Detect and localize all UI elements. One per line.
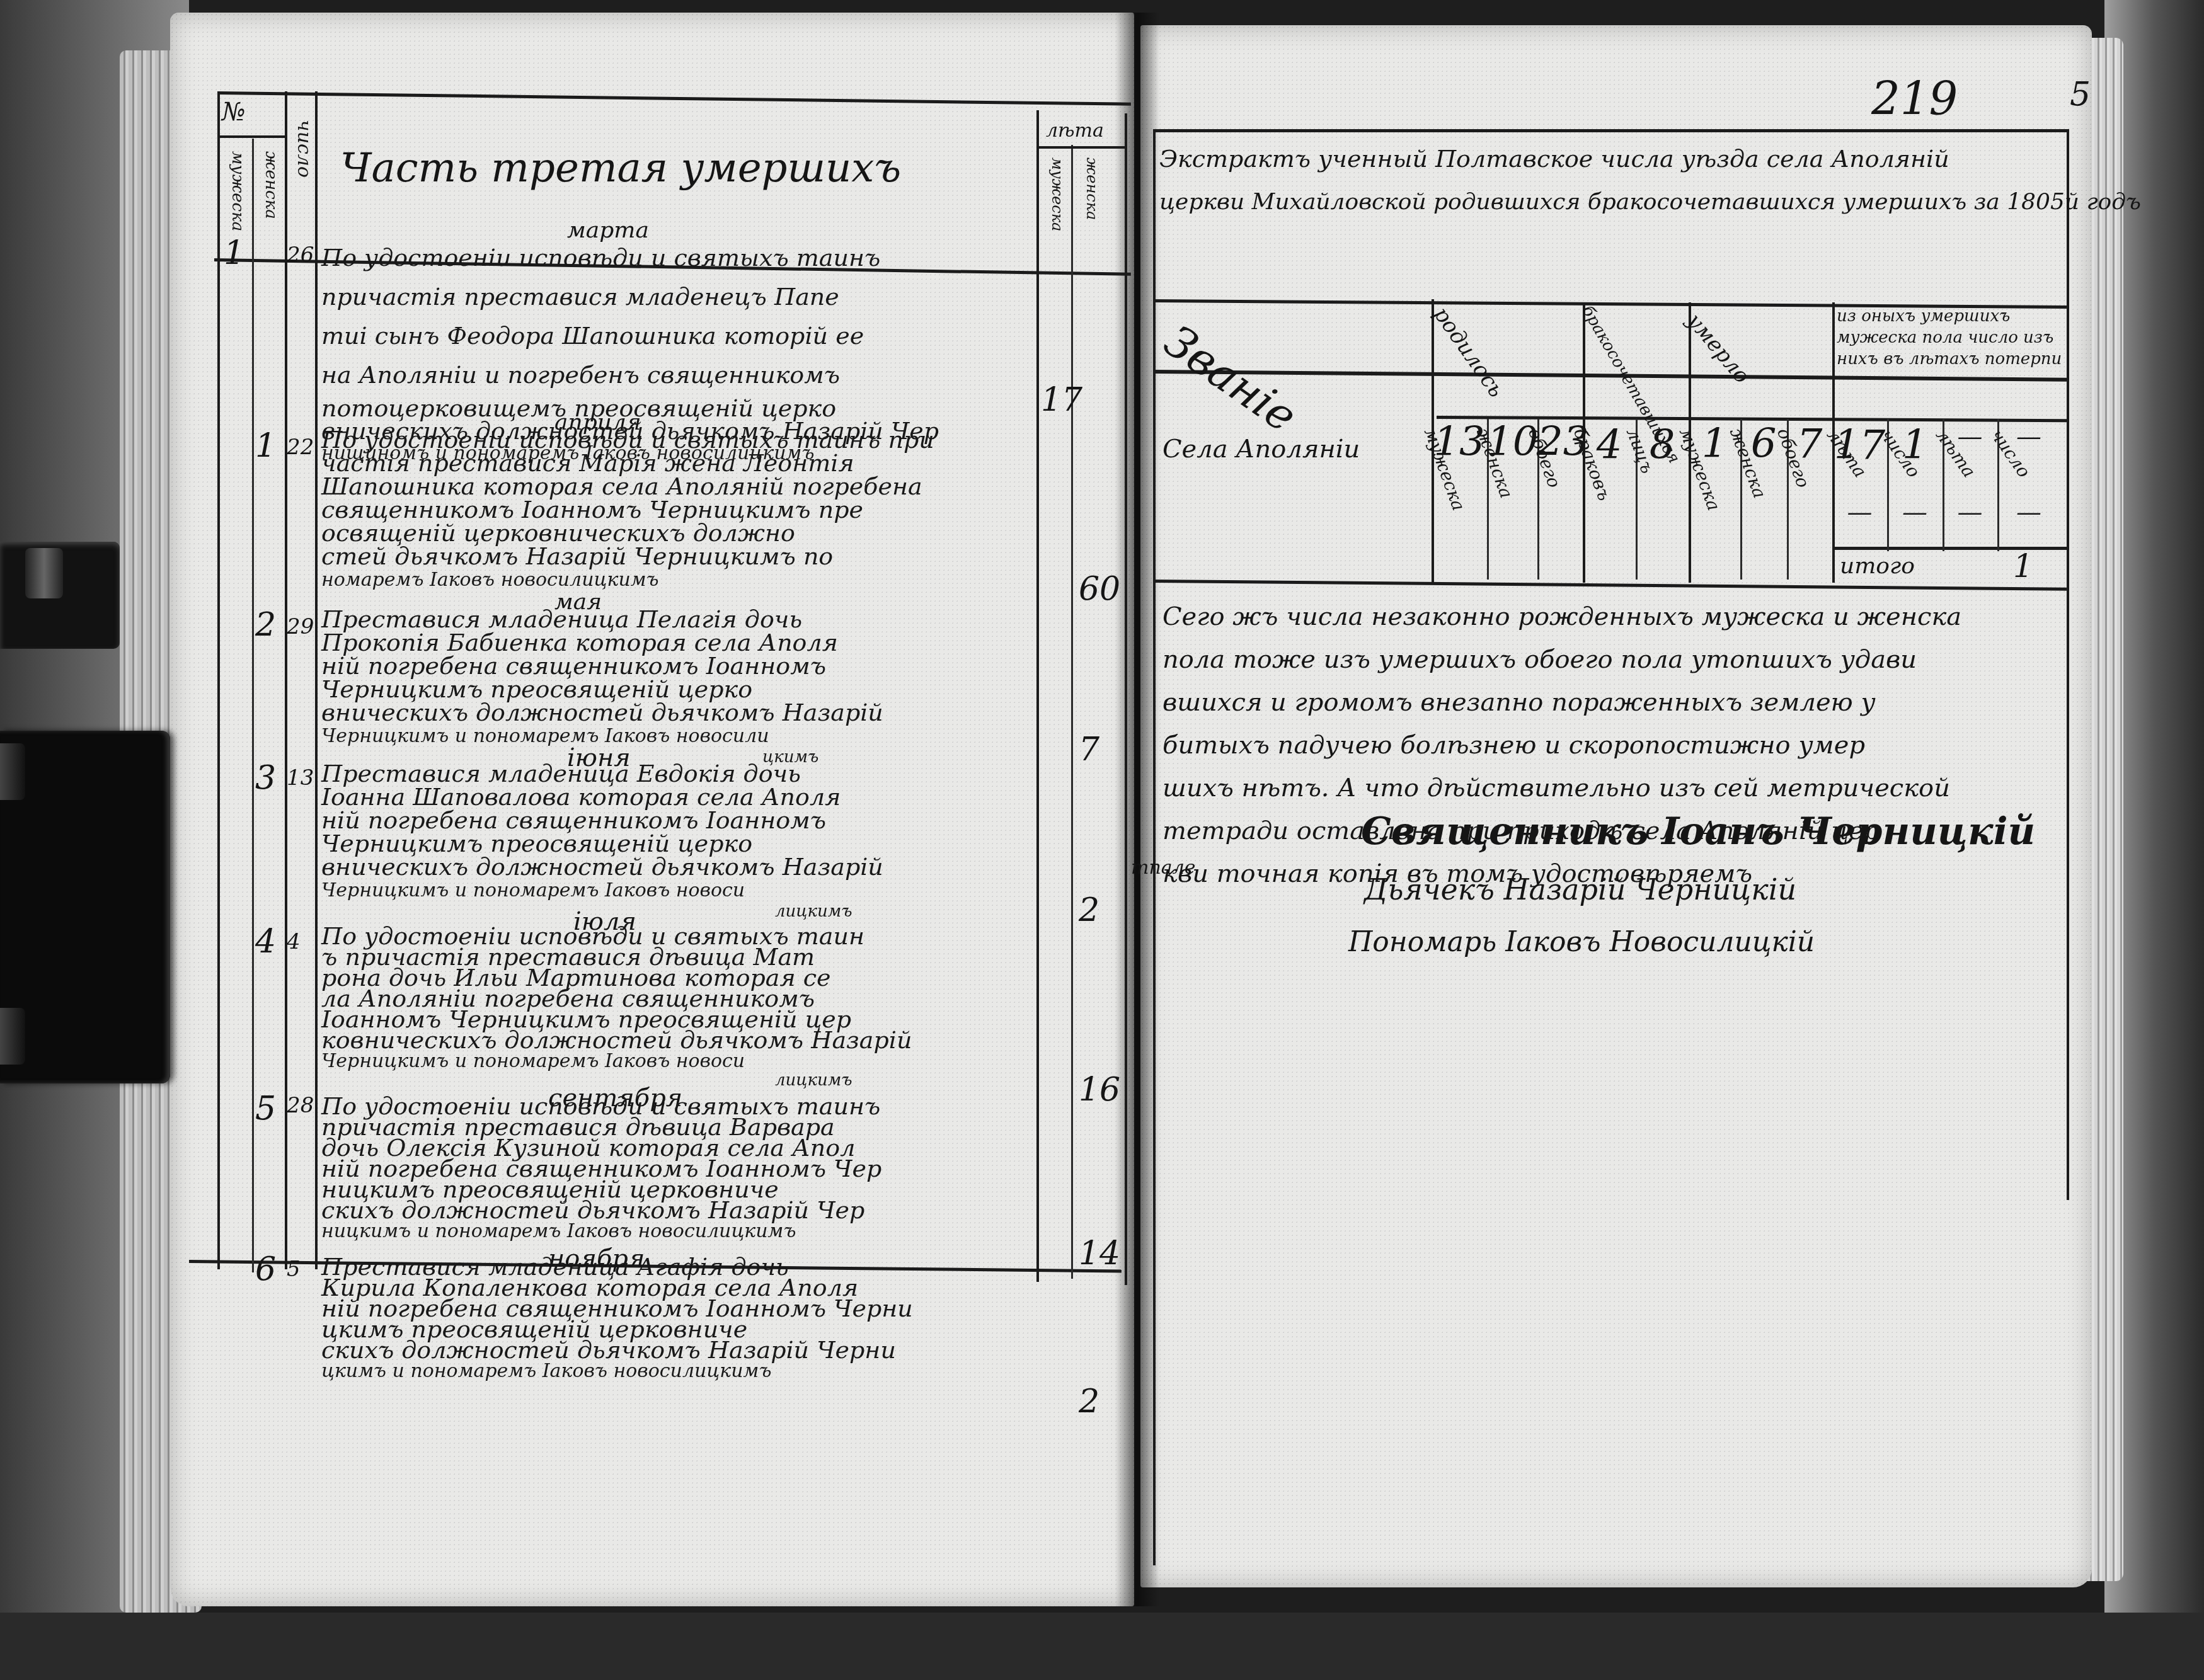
entry-female-number: 5 (255, 1090, 276, 1128)
rule-left-margin (1153, 129, 1156, 1565)
cell-years-2: — (1943, 422, 1997, 451)
margin-note: тпале (1131, 857, 1196, 879)
signature-sexton: Пономарь Іаковъ Новосилицкій (1348, 926, 1815, 958)
rule-col (315, 91, 318, 1269)
entry-female-number: 6 (255, 1250, 276, 1288)
entry-age-female: 2 (1079, 1383, 1099, 1420)
entry-line: Черницкимъ и пономаремъ Іаковъ новоси (321, 1051, 1033, 1071)
entry-day: 26 (287, 243, 314, 268)
cell-dash: — (1943, 498, 1997, 527)
col-number-label: № (222, 98, 246, 127)
cell-count-1: 1 (1887, 422, 1943, 469)
entry-male-number: 1 (224, 234, 244, 272)
entry-line: скихъ должностей дьячкомъ Назарій Черни (321, 1340, 1033, 1361)
entry-line: стей дьячкомъ Назарій Черницкимъ по (321, 545, 1033, 568)
signature-priest: Священникъ Іоанъ Черницкій (1361, 809, 2035, 854)
entry-female-number: 3 (255, 759, 276, 797)
clamp-hinge-icon (0, 1008, 25, 1065)
entry-line: ковническихъ должностей дьячкомъ Назарій (321, 1030, 1033, 1051)
cell-born-male: 13 (1432, 419, 1487, 466)
entry-age-female: 7 (1079, 731, 1099, 769)
entry-line: ній погребена священникомъ Іоанномъ (321, 809, 1033, 832)
col-date-label: число (293, 120, 315, 178)
entry-line: священникомъ Іоанномъ Черницкимъ пре (321, 498, 1033, 522)
entry-day: 4 (287, 929, 301, 954)
entry-line: Іоанна Шаповалова которая села Аполя (321, 786, 1033, 809)
rule-col (1036, 110, 1039, 1282)
cell-died-male: 1 (1689, 421, 1740, 467)
entry-line: освященій церковническихъ должно (321, 522, 1033, 545)
cell-dash: — (1997, 498, 2060, 527)
extract-title-line-2: церкви Михайловской родившихся бракосоче… (1159, 189, 2141, 215)
rule-col (217, 91, 220, 1269)
rule-top-right (1153, 129, 2067, 132)
col-male-label: мужеска (228, 151, 247, 231)
entry-line: По удостоеніи исповѣди и святыхъ таинъ п… (321, 428, 1033, 452)
entry-female-number: 1 (255, 427, 276, 465)
note-line: вшихся и громомъ внезапно пораженныхъ зе… (1162, 681, 2063, 724)
note-line: пола тоже изъ умершихъ обоего пола утопш… (1162, 638, 2063, 681)
entry-line: ній погребена священникомъ Іоанномъ (321, 654, 1033, 678)
rule-col (1071, 145, 1073, 1279)
entry-line: Черницкимъ преосвященій церко (321, 678, 1033, 701)
entry-line: вническихъ должностей дьячкомъ Назарій (321, 855, 1033, 879)
total-label: итого (1840, 553, 1915, 579)
entry-line: вническихъ должностей дьячкомъ Назарій (321, 701, 1033, 724)
entry-age-female: 60 (1079, 570, 1120, 608)
entry-text: Преставися младеница Агафія дочь Кирила … (321, 1257, 1033, 1381)
cell-years-1: 17 (1832, 422, 1887, 469)
signature-deacon: Дьячекъ Назарій Черницкій (1364, 872, 1796, 906)
entry-line: номаремъ Іаковъ новосилицкимъ (321, 568, 1033, 591)
entry-line: причастія преставися младенецъ Папе (321, 277, 1033, 316)
cell-dash: — (1832, 498, 1887, 527)
note-line: шихъ нѣтъ. А что дѣйствительно изъ сей м… (1162, 767, 2063, 809)
entry-age-male: 17 (1041, 381, 1082, 419)
entry-age-female: 2 (1079, 891, 1099, 929)
cell-born-both: 23 (1537, 419, 1583, 466)
entry-text: По удостоеніи исповѣди и святыхъ таин ъ … (321, 926, 1033, 1089)
cell-count-2: — (1997, 422, 2060, 451)
group-deceased-detail-label: из оныхъ умершихъ мужеска пола число изъ… (1837, 306, 2063, 370)
entry-line: лицкимъ (321, 902, 1033, 921)
entry-line: Преставися младеница Евдокія дочь (321, 762, 1033, 786)
entry-day: 22 (287, 435, 314, 460)
age-male-label: мужеска (1048, 157, 1066, 231)
entry-line: скихъ должностей дьячкомъ Назарій Чер (321, 1200, 1033, 1221)
entry-line: ницкимъ и пономаремъ Іаковъ новосилицким… (321, 1221, 1033, 1242)
row-label: Села Аполяніи (1162, 435, 1360, 464)
entry-text: Преставися младеница Пелагія дочь Прокоп… (321, 608, 1033, 767)
entry-day: 13 (287, 765, 314, 791)
entry-line: Черницкимъ и пономаремъ Іаковъ новосили (321, 724, 1033, 748)
entry-day: 29 (287, 614, 314, 639)
rule-col (252, 139, 254, 1272)
book-clamp (0, 731, 170, 1083)
extract-title-line-1: Экстрактъ ученный Полтавское числа уѣзда… (1159, 145, 1949, 173)
entry-line: цкимъ и пономаремъ Іаковъ новосилицкимъ (321, 1361, 1033, 1381)
entry-line: Черницкимъ и пономаремъ Іаковъ новоси (321, 879, 1033, 902)
cell-dash: — (1887, 498, 1943, 527)
entry-line: частія преставися Марія жена Леонтія (321, 452, 1033, 475)
entry-age-female: 14 (1079, 1235, 1120, 1272)
rule-right-margin (2067, 129, 2069, 1200)
age-group-label: лѣта (1046, 120, 1104, 142)
entry-line: По удостоеніи исповѣди и святыхъ таинъ (321, 238, 1033, 277)
entry-line: на Аполяніи и погребенъ священникомъ (321, 355, 1033, 394)
rule-age-sub (1036, 146, 1125, 149)
cell-died-female: 6 (1740, 421, 1787, 467)
col-female-label: женска (261, 151, 280, 219)
cell-born-female: 10 (1487, 419, 1537, 466)
entry-line: тиі сынъ Феодора Шапошника которій ее (321, 316, 1033, 355)
cell-marriages: 4 (1583, 422, 1636, 469)
sheet-number: 5 (2070, 76, 2091, 113)
rule-col (1125, 113, 1127, 1285)
entry-line: Прокопія Бабиенка которая села Аполя (321, 631, 1033, 654)
entry-line: Преставися младеница Пелагія дочь (321, 608, 1033, 631)
entry-text: По удостоеніи исповѣди и святыхъ таинъ п… (321, 428, 1033, 591)
cell-persons: 8 (1636, 422, 1689, 469)
total-value: 1 (2013, 548, 2033, 585)
entry-text: Преставися младеница Евдокія дочь Іоанна… (321, 762, 1033, 921)
note-line: битыхъ падучею болѣзнею и скоропостижно … (1162, 724, 2063, 767)
entry-day: 28 (287, 1093, 314, 1118)
rule-no-sub (217, 135, 287, 138)
entry-text: По удостоеніи исповѣди и святыхъ таинъ п… (321, 1096, 1033, 1242)
entry-line: Шапошника которая села Аполяній погребен… (321, 475, 1033, 498)
entry-line: Черницкимъ преосвященій церко (321, 832, 1033, 855)
clamp-pin (25, 548, 63, 598)
age-female-label: женска (1083, 157, 1101, 220)
cell-died-both: 7 (1787, 421, 1832, 467)
entry-day: 5 (287, 1257, 301, 1282)
clamp-hinge-icon (0, 743, 25, 800)
entry-age-female: 16 (1079, 1071, 1120, 1109)
background-bottom (0, 1613, 2204, 1680)
note-line: Сего жъ числа незаконно рожденныхъ мужес… (1162, 595, 2063, 638)
entry-line: потоцерковищемъ преосвященій церко (321, 397, 1033, 420)
folio-number: 219 (1871, 72, 1958, 125)
page-title: Часть третая умершихъ (340, 145, 901, 191)
entry-female-number: 2 (255, 606, 276, 644)
entry-female-number: 4 (255, 923, 276, 961)
entry-text: По удостоеніи исповѣди и святыхъ таинъ п… (321, 238, 1033, 394)
